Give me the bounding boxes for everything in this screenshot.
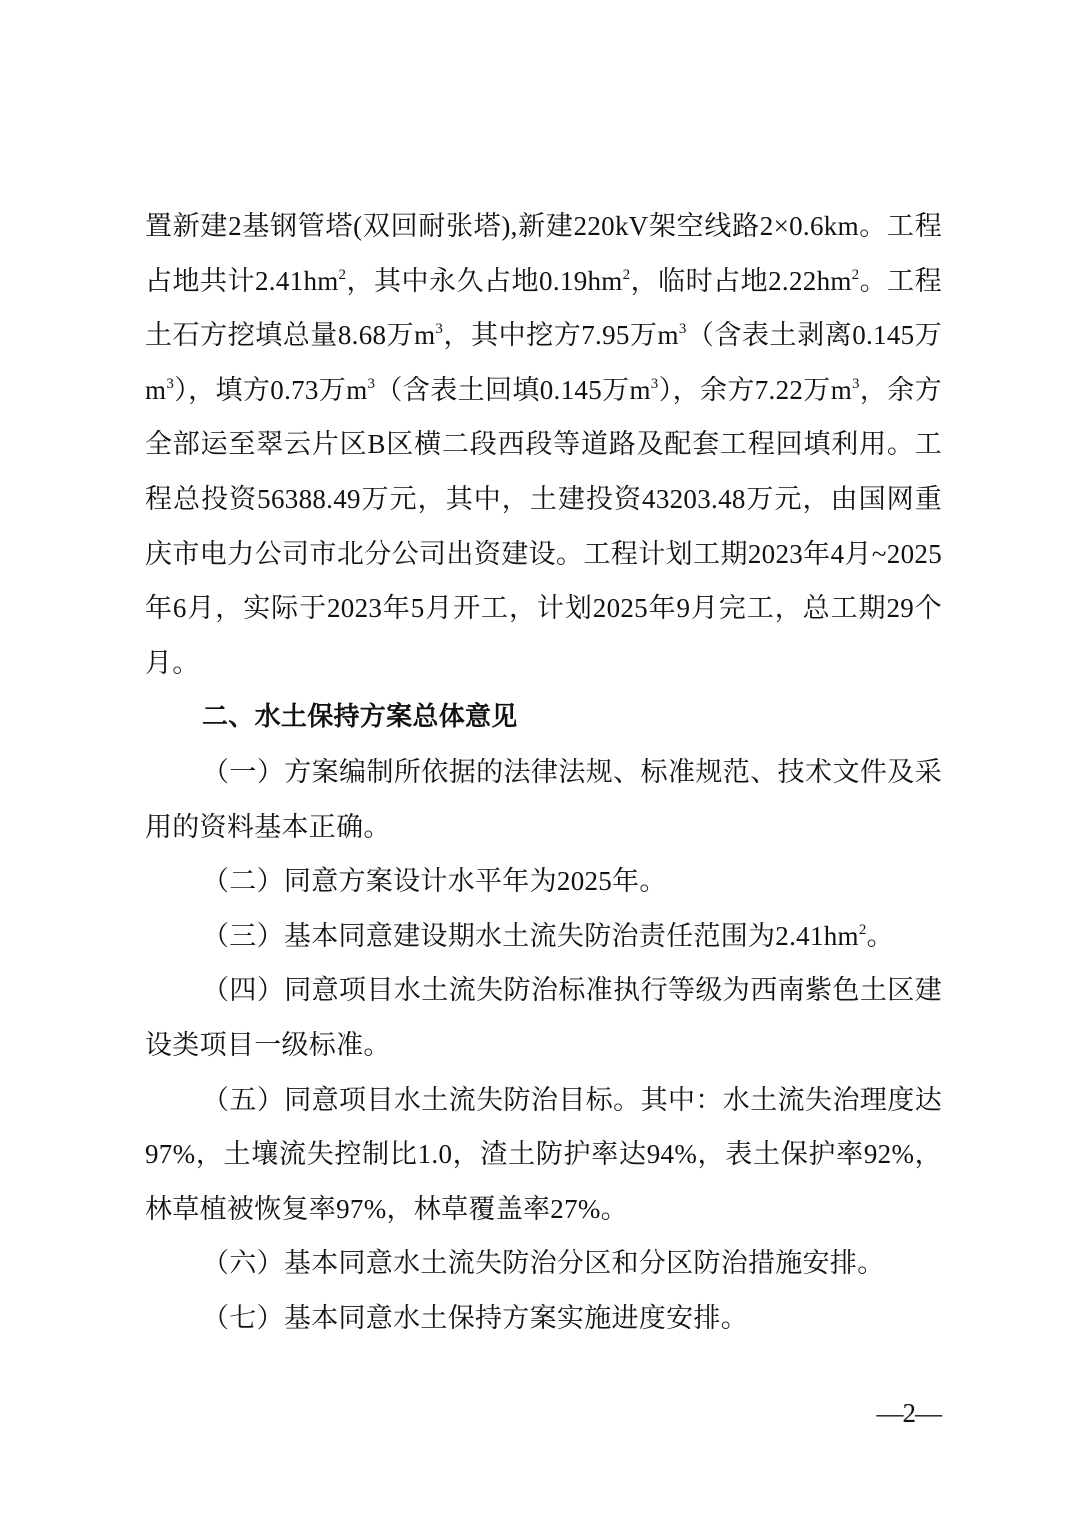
opinion-item-4: （四）同意项目水土流失防治标准执行等级为西南紫色土区建设类项目一级标准。 (145, 963, 942, 1072)
opinion-label: （七） (202, 1303, 284, 1333)
opinion-tail: 。 (867, 921, 894, 951)
opinion-label: （五） (202, 1085, 284, 1115)
project-summary-paragraph: 置新建2基钢管塔(双回耐张塔),新建220kV架空线路2×0.6km。工程占地共… (145, 199, 942, 690)
opinion-item-2: （二）同意方案设计水平年为2025年。 (145, 854, 942, 909)
page-number: —2— (877, 1398, 942, 1429)
superscript: 3 (166, 376, 174, 392)
opinion-label: （四） (202, 975, 284, 1005)
opinion-label: （三） (202, 921, 284, 951)
summary-text: ，余方全部运至翠云片区B区横二段西段等道路及配套工程回填利用。工程总投资5638… (145, 375, 942, 678)
opinion-label: （一） (202, 757, 284, 787)
superscript: 3 (679, 321, 687, 337)
section-heading: 二、水土保持方案总体意见 (145, 690, 942, 745)
opinion-item-7: （七）基本同意水土保持方案实施进度安排。 (145, 1291, 942, 1346)
opinion-label: （二） (202, 866, 284, 896)
opinion-item-6: （六）基本同意水土流失防治分区和分区防治措施安排。 (145, 1236, 942, 1291)
summary-text: ，临时占地2.22hm (630, 266, 851, 296)
superscript: 3 (852, 376, 860, 392)
summary-text: ），填方0.73万m (174, 375, 367, 405)
summary-text: ，其中挖方7.95万m (443, 320, 679, 350)
document-body: 置新建2基钢管塔(双回耐张塔),新建220kV架空线路2×0.6km。工程占地共… (145, 199, 942, 1345)
superscript: 3 (651, 376, 659, 392)
opinion-item-5: （五）同意项目水土流失防治目标。其中：水土流失治理度达97%，土壤流失控制比1.… (145, 1073, 942, 1237)
summary-text: （含表土回填0.145万m (375, 375, 650, 405)
opinion-item-1: （一）方案编制所依据的法律法规、标准规范、技术文件及采用的资料基本正确。 (145, 745, 942, 854)
opinion-text: 基本同意水土保持方案实施进度安排。 (284, 1303, 748, 1333)
opinion-text: 基本同意水土流失防治分区和分区防治措施安排。 (284, 1248, 885, 1278)
summary-text: ，其中永久占地0.19hm (346, 266, 622, 296)
opinion-text: 同意方案设计水平年为2025年。 (284, 866, 667, 896)
superscript: 2 (859, 922, 867, 938)
opinion-label: （六） (202, 1248, 284, 1278)
opinion-item-3: （三）基本同意建设期水土流失防治责任范围为2.41hm2。 (145, 909, 942, 964)
summary-text: ），余方7.22万m (659, 375, 852, 405)
document-page: 置新建2基钢管塔(双回耐张塔),新建220kV架空线路2×0.6km。工程占地共… (0, 0, 1074, 1520)
opinion-text: 基本同意建设期水土流失防治责任范围为2.41hm (284, 921, 859, 951)
